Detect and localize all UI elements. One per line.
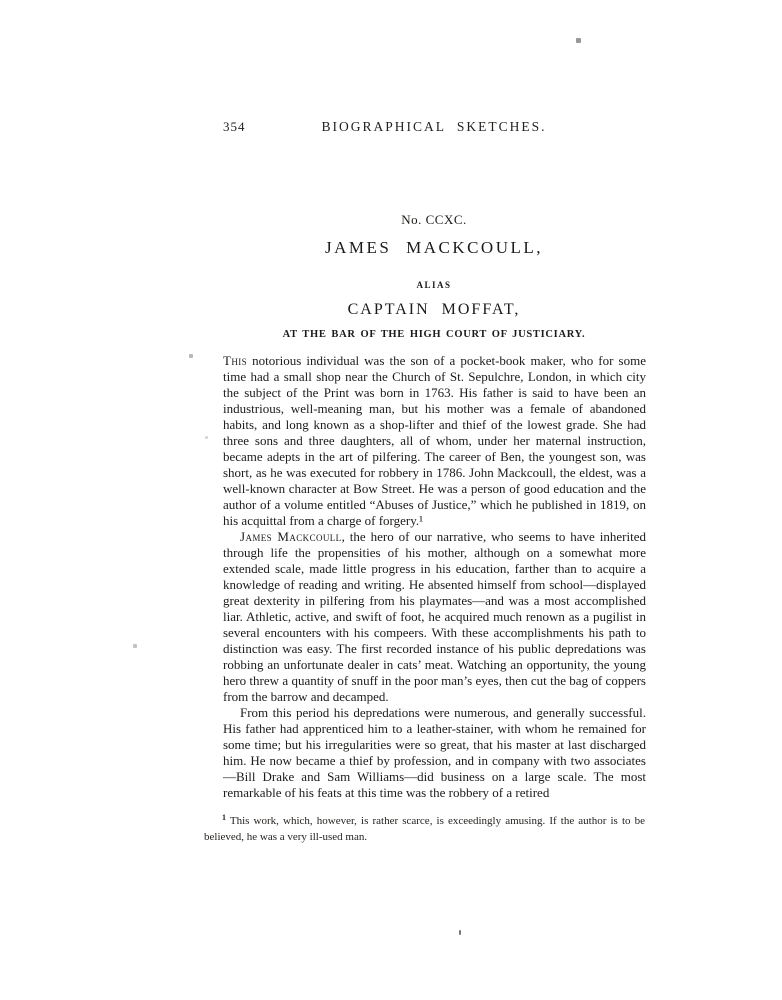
paragraph-text: notorious individual was the son of a po…: [223, 353, 646, 528]
body-text: This notorious individual was the son of…: [223, 353, 646, 801]
scan-speck: [459, 930, 461, 935]
paragraph-text: From this period his depredations were n…: [223, 705, 646, 800]
alias-name-title: CAPTAIN MOFFAT,: [223, 301, 645, 319]
subject-name-title: JAMES MACKCOULL,: [223, 238, 645, 258]
footnote: 1 This work, which, however, is rather s…: [204, 810, 645, 845]
scan-speck: [205, 436, 208, 439]
paragraph-text: , the hero of our narrative, who seems t…: [223, 529, 646, 704]
page-header: 354 BIOGRAPHICAL SKETCHES.: [223, 118, 645, 136]
scan-speck: [576, 38, 581, 43]
alias-label: ALIAS: [223, 280, 645, 290]
chapter-number: No. CCXC.: [223, 212, 645, 228]
paragraph-lead: James Mackcoull: [240, 529, 342, 544]
footnote-marker: 1: [222, 813, 226, 822]
running-title: BIOGRAPHICAL SKETCHES.: [321, 119, 546, 134]
book-page: 354 BIOGRAPHICAL SKETCHES. No. CCXC. JAM…: [0, 0, 782, 1000]
scan-speck: [133, 644, 137, 648]
paragraph-lead: This: [223, 353, 247, 368]
paragraph: This notorious individual was the son of…: [223, 353, 646, 529]
paragraph: James Mackcoull, the hero of our narrati…: [223, 529, 646, 705]
paragraph: From this period his depredations were n…: [223, 705, 646, 801]
page-number: 354: [223, 119, 246, 135]
footnote-text: This work, which, however, is rather sca…: [204, 815, 645, 843]
scan-speck: [189, 354, 193, 358]
court-subtitle: AT THE BAR OF THE HIGH COURT OF JUSTICIA…: [223, 329, 645, 340]
